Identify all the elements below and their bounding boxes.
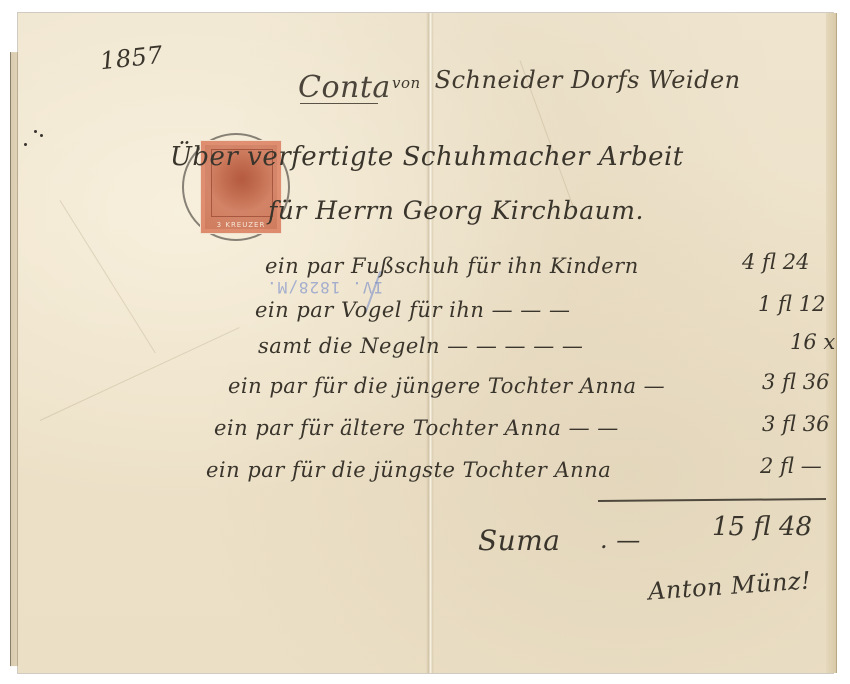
- line-item-amount: 16 x: [790, 330, 835, 354]
- subtitle-text: Schneider Dorfs Weiden: [435, 66, 741, 94]
- heading-line-1: Über verfertigte Schuhmacher Arbeit: [170, 142, 684, 172]
- total-label: Suma: [478, 524, 560, 557]
- title-underline: [300, 103, 378, 104]
- line-item-amount: 2 fl —: [760, 454, 822, 478]
- heading-line-2: für Herrn Georg Kirchbaum.: [268, 196, 644, 225]
- line-item-amount: 3 fl 36: [762, 412, 829, 436]
- subtitle-line: vonSchneider Dorfs Weiden: [392, 66, 741, 94]
- line-item-description: ein par Fußschuh für ihn Kindern: [265, 254, 639, 278]
- total-amount: 15 fl 48: [712, 512, 812, 542]
- stamp-value: 3 KREUZER: [207, 221, 275, 229]
- line-item-description: ein par für ältere Tochter Anna — —: [214, 416, 619, 440]
- document-scan: 1857 Conta vonSchneider Dorfs Weiden 3 K…: [0, 0, 850, 684]
- line-item-amount: 3 fl 36: [762, 370, 829, 394]
- line-item-amount: 4 fl 24: [742, 250, 809, 274]
- line-item-description: ein par Vogel für ihn — — —: [255, 298, 570, 322]
- ink-speck: [40, 134, 43, 137]
- archive-stamp: IV. 1828/M.: [266, 278, 383, 297]
- line-item-description: ein par für die jüngere Tochter Anna —: [228, 374, 665, 398]
- signature-suffix: !: [800, 566, 812, 595]
- line-item-amount: 1 fl 12: [758, 292, 825, 316]
- subtitle-prefix: von: [392, 74, 421, 92]
- line-item-description: ein par für die jüngste Tochter Anna: [206, 458, 611, 482]
- ink-speck: [24, 143, 27, 146]
- total-dashes: . —: [600, 526, 641, 554]
- ink-speck: [34, 130, 37, 133]
- line-item-description: samt die Negeln — — — — —: [258, 334, 583, 358]
- document-title: Conta: [298, 70, 391, 105]
